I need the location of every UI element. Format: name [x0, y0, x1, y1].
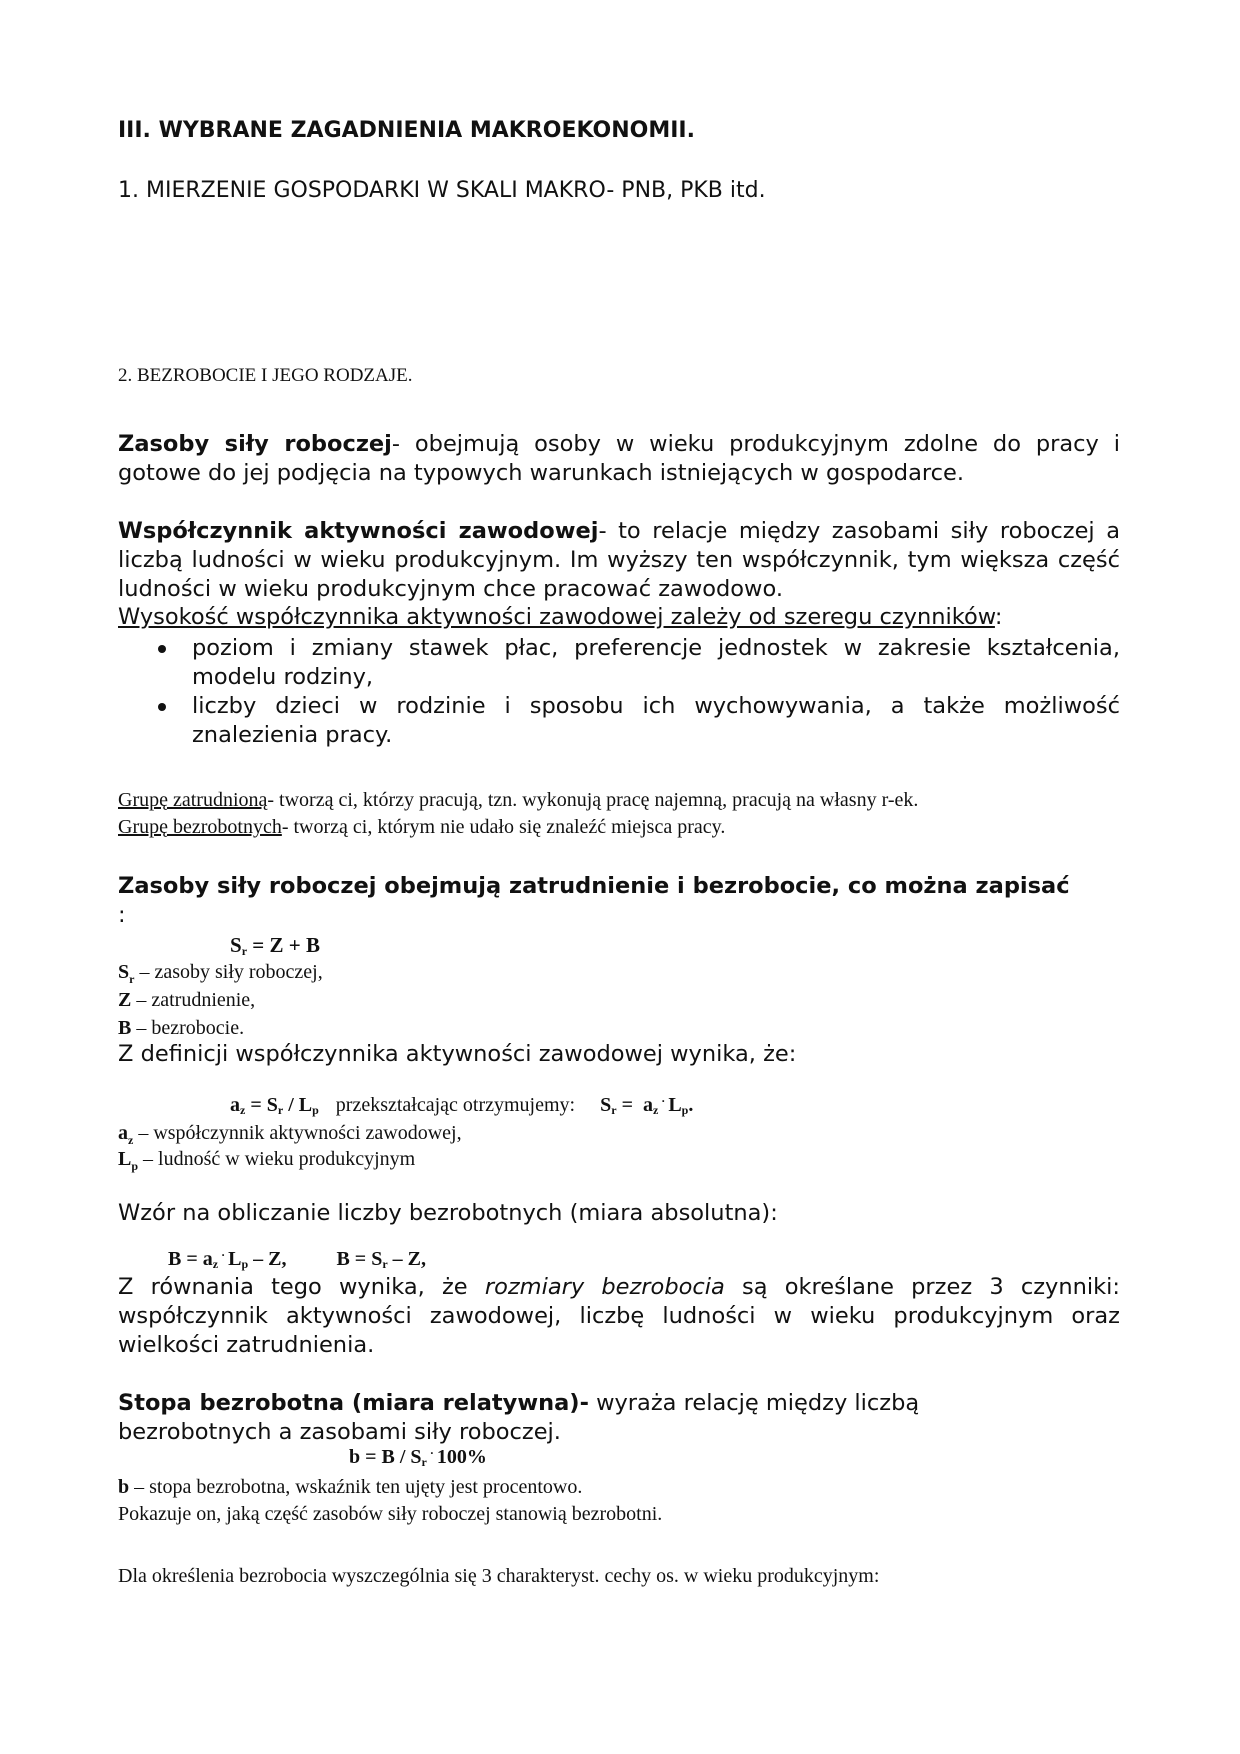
rate-definition: Stopa bezrobotna (miara relatywna)- wyra…: [118, 1389, 1018, 1447]
legend-desc: – współczynnik aktywności zawodowej,: [133, 1122, 461, 1144]
legend-desc: – bezrobocie.: [131, 1017, 244, 1039]
legend-symbol: S: [118, 961, 129, 983]
eq-symbol: B = S: [336, 1248, 382, 1270]
conclusion-text: Z równania tego wynika, że: [118, 1274, 485, 1300]
equation-activity-rate: az = Sr / Lp przekształcając otrzymujemy…: [230, 1094, 693, 1118]
legend-b-rate: b – stopa bezrobotna, wskaźnik ten ujęty…: [118, 1476, 582, 1499]
chapter-title: III. WYBRANE ZAGADNIENIA MAKROEKONOMII.: [118, 118, 695, 143]
legend-lp: Lp – ludność w wieku produkcyjnym: [118, 1148, 415, 1174]
factors-list: poziom i zmiany stawek płac, preferencje…: [118, 634, 1120, 750]
group-employed: Grupę zatrudnioną- tworzą ci, którzy pra…: [118, 789, 918, 812]
factors-heading: Wysokość współczynnika aktywności zawodo…: [118, 604, 1003, 630]
definition-activity-rate: Współczynnik aktywności zawodowej- to re…: [118, 517, 1120, 604]
eq-symbol: = S: [245, 1094, 278, 1116]
equation-unemployment-rate: b = B / Sr·100%: [349, 1446, 487, 1470]
eq-rhs: 100%: [437, 1446, 487, 1468]
list-item: poziom i zmiany stawek płac, preferencje…: [118, 634, 1120, 692]
group-unemployed-text: - tworzą ci, którym nie udało się znaleź…: [282, 816, 726, 838]
eq-symbol: = a: [617, 1094, 653, 1116]
equation-labor-resources: Sr = Z + B: [230, 933, 320, 959]
absolute-formula-intro: Wzór na obliczanie liczby bezrobotnych (…: [118, 1200, 778, 1226]
group-employed-text: - tworzą ci, którzy pracują, tzn. wykonu…: [267, 789, 918, 811]
multiply-dot: ·: [658, 1094, 668, 1108]
eq-symbol: S: [230, 933, 242, 957]
equation-unemployed-count: B = az·Lp – Z,B = Sr – Z,: [168, 1248, 426, 1272]
multiply-dot: ·: [218, 1248, 228, 1262]
list-item-text: poziom i zmiany stawek płac, preferencje…: [192, 635, 1120, 690]
eq-symbol: a: [230, 1094, 240, 1116]
multiply-dot: ·: [427, 1446, 437, 1460]
legend-desc: – ludność w wieku produkcyjnym: [138, 1148, 415, 1170]
legend-desc: – zasoby siły roboczej,: [134, 961, 322, 983]
closing-line: Dla określenia bezrobocia wyszczególnia …: [118, 1565, 879, 1588]
section-2-title: 2. BEZROBOCIE I JEGO RODZAJE.: [118, 365, 413, 387]
labor-equation-intro: Zasoby siły roboczej obejmują zatrudnien…: [118, 872, 1078, 930]
document-page: III. WYBRANE ZAGADNIENIA MAKROEKONOMII. …: [0, 0, 1240, 1754]
bullet-icon: [158, 645, 166, 653]
bullet-icon: [158, 703, 166, 711]
eq-rhs: = Z + B: [247, 933, 320, 957]
legend-symbol: a: [118, 1122, 128, 1144]
legend-symbol: Z: [118, 989, 131, 1011]
section-1-title: 1. MIERZENIE GOSPODARKI W SKALI MAKRO- P…: [118, 178, 766, 203]
eq-end: .: [688, 1094, 693, 1116]
legend-sr: Sr – zasoby siły roboczej,: [118, 961, 323, 987]
eq-subscript: p: [312, 1103, 319, 1117]
legend-desc: – stopa bezrobotna, wskaźnik ten ujęty j…: [129, 1476, 582, 1498]
eq-symbol: / L: [283, 1094, 312, 1116]
legend-symbol: b: [118, 1476, 129, 1498]
legend-b: B – bezrobocie.: [118, 1017, 244, 1040]
conclusion-italic: rozmiary bezrobocia: [485, 1274, 725, 1300]
group-unemployed: Grupę bezrobotnych- tworzą ci, którym ni…: [118, 816, 725, 839]
legend-az: az – współczynnik aktywności zawodowej,: [118, 1122, 462, 1148]
labor-equation-intro-suffix: :: [118, 902, 126, 928]
legend-symbol: L: [118, 1148, 131, 1170]
term-labor-resources: Zasoby siły roboczej: [118, 431, 392, 457]
eq-symbol: L: [668, 1094, 681, 1116]
definition-labor-resources: Zasoby siły roboczej- obejmują osoby w w…: [118, 430, 1120, 488]
legend-symbol: B: [118, 1017, 131, 1039]
term-group-employed: Grupę zatrudnioną: [118, 789, 267, 811]
legend-z: Z – zatrudnienie,: [118, 989, 255, 1012]
eq-symbol: B = a: [168, 1248, 213, 1270]
factors-heading-suffix: :: [995, 604, 1003, 630]
eq-transform-text: przekształcając otrzymujemy:: [324, 1094, 575, 1116]
activity-definition-intro: Z definicji współczynnika aktywności zaw…: [118, 1041, 796, 1067]
term-group-unemployed: Grupę bezrobotnych: [118, 816, 282, 838]
factors-heading-text: Wysokość współczynnika aktywności zawodo…: [118, 604, 995, 630]
term-activity-rate: Współczynnik aktywności zawodowej: [118, 518, 598, 544]
eq-end: – Z,: [388, 1248, 426, 1270]
conclusion-paragraph: Z równania tego wynika, że rozmiary bezr…: [118, 1273, 1120, 1360]
eq-symbol: b = B / S: [349, 1446, 422, 1468]
legend-desc: – zatrudnienie,: [131, 989, 255, 1011]
term-unemployment-rate: Stopa bezrobotna (miara relatywna)-: [118, 1390, 589, 1416]
eq-symbol: S: [600, 1094, 611, 1116]
list-item-text: liczby dzieci w rodzinie i sposobu ich w…: [192, 693, 1120, 748]
list-item: liczby dzieci w rodzinie i sposobu ich w…: [118, 692, 1120, 750]
eq-end: – Z,: [248, 1248, 286, 1270]
rate-note: Pokazuje on, jaką część zasobów siły rob…: [118, 1503, 662, 1526]
labor-equation-intro-bold: Zasoby siły roboczej obejmują zatrudnien…: [118, 873, 1070, 899]
eq-symbol: L: [228, 1248, 241, 1270]
